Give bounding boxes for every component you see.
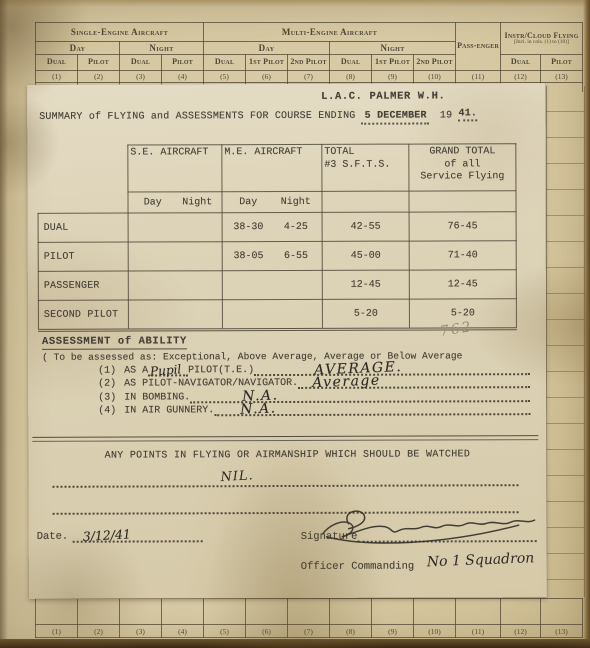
page-right-edge (583, 0, 590, 648)
col-pilot: Pilot (162, 55, 204, 71)
me-night-subheader: Night (272, 196, 320, 207)
assessment-item-1: (1) AS A Pupil PILOT(T.E.) AVERAGE. (42, 364, 538, 377)
me-day-value: 38-05 (225, 251, 273, 262)
row-label: SECOND PILOT (38, 300, 128, 330)
handwritten-nil: NIL. (220, 468, 254, 485)
multi-engine-header: Multi-Engine Aircraft (204, 23, 456, 42)
value-slot: Average (298, 377, 530, 389)
col-number: (1) (36, 625, 78, 638)
officer-commanding-label: Officer Commanding (301, 561, 414, 573)
signature-label: Signature (301, 531, 358, 543)
date-label: Date. (37, 531, 69, 543)
grand-total-header: GRAND TOTAL of all Service Flying (409, 144, 516, 191)
grand-total-value: 12-45 (409, 270, 516, 299)
me-night-value: 6-55 (272, 250, 320, 261)
se-day-header: Day (36, 42, 120, 55)
ruled-rows-sliver (546, 86, 585, 597)
item-label: IN AIR GUNNERY. (124, 406, 214, 417)
col-number: (8) (330, 71, 372, 83)
col-1st-pilot: 1st Pilot (246, 55, 288, 71)
double-rule (32, 435, 538, 442)
dotted-leader (357, 531, 536, 543)
insert-slot: Pupil (148, 365, 188, 376)
col-number: (4) (162, 625, 204, 638)
handwritten-value: Average (312, 373, 381, 392)
assessment-item-4: (4) IN AIR GUNNERY. N.A. (42, 404, 538, 417)
book-bottom-edge (0, 639, 590, 648)
flying-summary-table: S.E. AIRCRAFT M.E. AIRCRAFT TOTAL #3 S.F… (37, 143, 517, 332)
value-slot: AVERAGE. (254, 364, 530, 376)
col-number: (6) (246, 71, 288, 83)
total-value: 45-00 (322, 241, 409, 270)
table-row-dual: DUAL 38-304-25 42-55 76-45 (38, 212, 516, 243)
assessment-item-3: (3) IN BOMBING. N.A. (42, 391, 538, 404)
col-number: (5) (204, 71, 246, 83)
col-dual: Dual (330, 55, 372, 71)
col-number: (10) (414, 71, 456, 83)
item-label: IN BOMBING. (124, 392, 190, 403)
col-1st-pilot: 1st Pilot (372, 55, 414, 71)
item-label-2: PILOT(T.E.) (188, 365, 254, 376)
item-number: (2) (98, 379, 124, 390)
page-top-edge (0, 0, 590, 7)
total-value: 5-20 (322, 299, 409, 329)
passenger-header: Pass-enger (456, 23, 501, 71)
table-row-pilot: PILOT 38-056-55 45-00 71-40 (38, 241, 516, 272)
col-number: (12) (501, 71, 541, 83)
col-number: (10) (414, 625, 456, 638)
points-dotted-line-2 (53, 511, 519, 515)
pasted-summary-sheet: L.A.C. PALMER W.H. SUMMARY of FLYING and… (27, 83, 547, 599)
date-line: Date. 3/12/41 (37, 530, 203, 543)
col-2nd-pilot: 2nd Pilot (414, 55, 456, 71)
date-slot: 3/12/41 (72, 531, 202, 542)
col-number: (2) (78, 625, 120, 638)
col-number: (3) (120, 625, 162, 638)
assessment-section: ASSESSMENT of ABILITY ( To be assessed a… (42, 334, 538, 417)
col-number: (13) (541, 625, 583, 638)
item-number: (1) (98, 365, 124, 376)
me-day-subheader: Day (224, 197, 272, 208)
col-number: (6) (246, 625, 288, 638)
col-number: (11) (456, 71, 501, 83)
assessment-item-2: (2) AS PILOT-NAVIGATOR/NAVIGATOR. Averag… (42, 377, 538, 390)
handwritten-squadron: No 1 Squadron (426, 550, 534, 570)
col-dual: Dual (36, 55, 78, 71)
points-heading: ANY POINTS IN FLYING OR AIRMANSHIP WHICH… (28, 449, 546, 462)
col-instr-pilot: Pilot (541, 55, 583, 71)
item-label: AS A (124, 365, 148, 376)
total-value: 42-55 (322, 212, 409, 241)
assessment-title: ASSESSMENT of ABILITY (42, 335, 187, 350)
logbook-column-footer-table: (1) (2) (3) (4) (5) (6) (7) (8) (9) (10)… (35, 598, 583, 638)
col-number: (9) (372, 625, 414, 638)
course-end-date: 5 DECEMBER (362, 111, 430, 125)
signature-slot (357, 531, 536, 543)
item-number: (4) (98, 406, 124, 417)
se-day-subheader: Day (130, 197, 175, 208)
col-number: (7) (288, 71, 330, 83)
logbook-page: Single-Engine Aircraft Multi-Engine Airc… (0, 0, 590, 648)
points-dotted-line-1: NIL. (53, 484, 519, 488)
signature-line: Signature (301, 530, 537, 543)
grand-total-value: 76-45 (409, 212, 516, 241)
instr-cloud-note: [Incl. in cols. (1) to (10)] (501, 40, 582, 46)
col-number: (13) (541, 71, 583, 83)
page-left-edge (0, 0, 8, 648)
me-night-header: Night (330, 42, 456, 55)
year-prefix: 19 (440, 110, 452, 121)
col-dual: Dual (120, 55, 162, 71)
se-night-header: Night (120, 42, 204, 55)
handwritten-insert: Pupil (150, 362, 182, 378)
col-number: (7) (288, 625, 330, 638)
handwritten-date: 3/12/41 (82, 526, 131, 544)
col-2nd-pilot: 2nd Pilot (288, 55, 330, 71)
airman-name: L.A.C. PALMER W.H. (321, 90, 445, 102)
grand-total-value: 71-40 (409, 241, 516, 270)
assessment-instruction: ( To be assessed as: Exceptional, Above … (42, 350, 538, 363)
col-pilot: Pilot (78, 55, 120, 71)
col-number: (2) (78, 71, 120, 83)
row-label: PASSENGER (38, 271, 128, 300)
table-row-passenger: PASSENGER 12-45 12-45 (38, 270, 516, 301)
logbook-column-header-table: Single-Engine Aircraft Multi-Engine Airc… (35, 22, 583, 92)
col-number: (1) (36, 71, 78, 83)
col-number: (5) (204, 625, 246, 638)
col-dual: Dual (204, 55, 246, 71)
year-suffix: 41. (458, 108, 477, 121)
handwritten-value: N.A. (240, 401, 277, 418)
value-slot: N.A. (214, 405, 530, 417)
col-number: (12) (501, 625, 541, 638)
me-night-value: 4-25 (272, 221, 320, 232)
summary-heading: SUMMARY of FLYING and ASSESSMENTS FOR CO… (39, 110, 477, 123)
me-day-value: 38-30 (225, 222, 273, 233)
col-number: (8) (330, 625, 372, 638)
item-number: (3) (98, 392, 124, 403)
me-aircraft-header: M.E. AIRCRAFT (222, 144, 322, 191)
col-instr-dual: Dual (501, 55, 541, 71)
col-number: (11) (456, 625, 501, 638)
se-night-subheader: Night (175, 197, 220, 208)
col-number: (9) (372, 71, 414, 83)
row-label: PILOT (38, 242, 128, 271)
row-label: DUAL (38, 213, 128, 242)
instr-cloud-header: Instr/Cloud Flying [Incl. in cols. (1) t… (501, 23, 583, 55)
summary-prefix: SUMMARY of FLYING and ASSESSMENTS FOR CO… (39, 111, 355, 123)
col-number: (3) (120, 71, 162, 83)
total-value: 12-45 (322, 270, 409, 299)
total-sfts-header: TOTAL #3 S.F.T.S. (322, 144, 409, 191)
col-number: (4) (162, 71, 204, 83)
se-aircraft-header: S.E. AIRCRAFT (128, 145, 222, 192)
me-day-header: Day (204, 42, 330, 55)
single-engine-header: Single-Engine Aircraft (36, 23, 204, 42)
